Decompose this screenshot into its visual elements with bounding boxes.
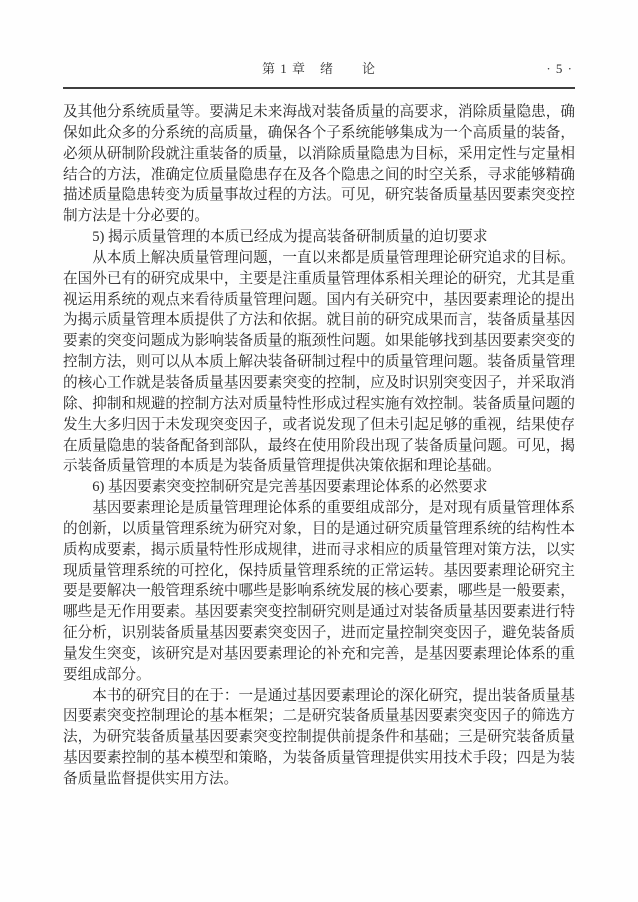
book-page: 第 1 章 绪 论 · 5 · 及其他分系统质量等。要满足未来海战对装备质量的高… bbox=[0, 0, 638, 902]
body-paragraph: 基因要素理论是质量管理理论体系的重要组成部分，是对现有质量管理体系的创新，以质量… bbox=[63, 498, 575, 686]
body-paragraph: 本书的研究目的在于：一是通过基因要素理论的深化研究，提出装备质量基因要素突变控制… bbox=[63, 686, 575, 790]
section-heading-6: 6) 基因要素突变控制研究是完善基因要素理论体系的必然要求 bbox=[63, 477, 575, 498]
section-heading-5: 5) 揭示质量管理的本质已经成为提高装备研制质量的迫切要求 bbox=[63, 227, 575, 248]
text-block: 第 1 章 绪 论 · 5 · 及其他分系统质量等。要满足未来海战对装备质量的高… bbox=[63, 61, 575, 790]
body-paragraph-continuation: 及其他分系统质量等。要满足未来海战对装备质量的高要求，消除质量隐患，确保如此众多… bbox=[63, 102, 575, 227]
page-number: · 5 · bbox=[546, 61, 573, 77]
body-text: 及其他分系统质量等。要满足未来海战对装备质量的高要求，消除质量隐患，确保如此众多… bbox=[63, 102, 575, 790]
body-paragraph: 从本质上解决质量管理问题，一直以来都是质量管理理论研究追求的目标。在国外已有的研… bbox=[63, 248, 575, 477]
page-header: 第 1 章 绪 论 · 5 · bbox=[63, 61, 575, 89]
running-head-chapter-title: 第 1 章 绪 论 bbox=[262, 61, 376, 77]
